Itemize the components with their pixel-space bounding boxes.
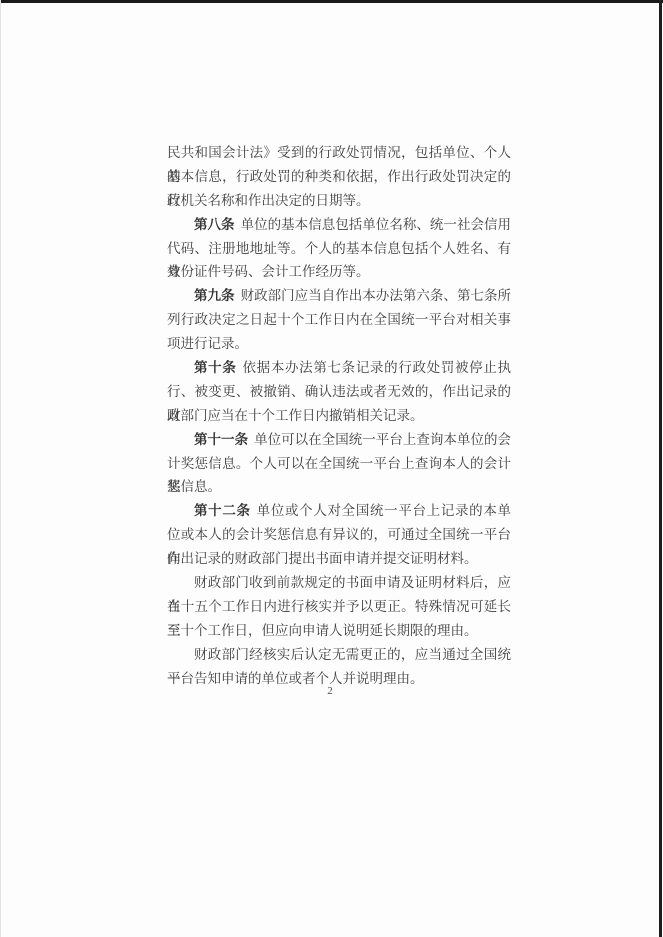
text-line: 财政部门经核实后认定无需更正的，应当通过全国统一 xyxy=(167,643,511,667)
line-text: 作出记录的财政部门提出书面申请并提交证明材料。 xyxy=(167,551,478,566)
text-line: 行、被变更、被撤销、确认违法或者无效的，作出记录的财 xyxy=(167,380,511,404)
line-text: 列行政决定之日起十个工作日内在全国统一平台对相关事 xyxy=(167,312,511,327)
text-line: 第十二条单位或个人对全国统一平台上记录的本单 xyxy=(167,499,511,523)
text-line: 第九条财政部门应当自作出本办法第六条、第七条所 xyxy=(167,284,511,308)
text-line: 作出记录的财政部门提出书面申请并提交证明材料。 xyxy=(167,547,511,571)
document-page: 民共和国会计法》受到的行政处罚情况，包括单位、个人的 基本信息，行政处罚的种类和… xyxy=(0,0,663,937)
text-line: 第十条依据本办法第七条记录的行政处罚被停止执 xyxy=(167,356,511,380)
article-heading: 第十条 xyxy=(194,360,237,375)
document-body: 民共和国会计法》受到的行政处罚情况，包括单位、个人的 基本信息，行政处罚的种类和… xyxy=(167,141,511,690)
article-heading: 第十一条 xyxy=(194,432,248,447)
text-line: 财政部门收到前款规定的书面申请及证明材料后，应当 xyxy=(167,571,511,595)
text-line: 政机关名称和作出决定的日期等。 xyxy=(167,189,511,213)
line-text: 惩信息。 xyxy=(167,479,221,494)
line-text: 政机关名称和作出决定的日期等。 xyxy=(167,193,370,208)
text-line: 第八条单位的基本信息包括单位名称、统一社会信用 xyxy=(167,213,511,237)
text-line: 第十一条单位可以在全国统一平台上查询本单位的会 xyxy=(167,428,511,452)
page-number: 2 xyxy=(167,684,493,698)
article-heading: 第八条 xyxy=(194,217,235,232)
scan-edge-top xyxy=(0,0,663,3)
text-line: 列行政决定之日起十个工作日内在全国统一平台对相关事 xyxy=(167,308,511,332)
article-heading: 第十二条 xyxy=(194,503,251,518)
text-line: 基本信息，行政处罚的种类和依据，作出行政处罚决定的行 xyxy=(167,165,511,189)
line-text: 财政部门应当自作出本办法第六条、第七条所 xyxy=(241,288,511,303)
scan-edge-left xyxy=(0,0,1,937)
text-line: 位或本人的会计奖惩信息有异议的，可通过全国统一平台向 xyxy=(167,523,511,547)
text-line: 政部门应当在十个工作日内撤销相关记录。 xyxy=(167,404,511,428)
text-line: 三十个工作日，但应向申请人说明延长期限的理由。 xyxy=(167,619,511,643)
line-text: 依据本办法第七条记录的行政处罚被停止执 xyxy=(243,360,512,375)
text-line: 在十五个工作日内进行核实并予以更正。特殊情况可延长至 xyxy=(167,595,511,619)
line-text: 身份证件号码、会计工作经历等。 xyxy=(167,264,370,279)
scan-edge-right xyxy=(659,0,662,937)
line-text: 政部门应当在十个工作日内撤销相关记录。 xyxy=(167,408,424,423)
line-text: 项进行记录。 xyxy=(167,336,248,351)
text-line: 代码、注册地地址等。个人的基本信息包括个人姓名、有效 xyxy=(167,237,511,261)
line-text: 单位的基本信息包括单位名称、统一社会信用 xyxy=(241,217,511,232)
text-line: 项进行记录。 xyxy=(167,332,511,356)
line-text: 三十个工作日，但应向申请人说明延长期限的理由。 xyxy=(167,623,478,638)
text-line: 身份证件号码、会计工作经历等。 xyxy=(167,260,511,284)
article-heading: 第九条 xyxy=(194,288,235,303)
text-line: 计奖惩信息。个人可以在全国统一平台上查询本人的会计奖 xyxy=(167,452,511,476)
text-line: 民共和国会计法》受到的行政处罚情况，包括单位、个人的 xyxy=(167,141,511,165)
line-text: 单位或个人对全国统一平台上记录的本单 xyxy=(257,503,511,518)
line-text: 单位可以在全国统一平台上查询本单位的会 xyxy=(254,432,511,447)
text-line: 惩信息。 xyxy=(167,475,511,499)
